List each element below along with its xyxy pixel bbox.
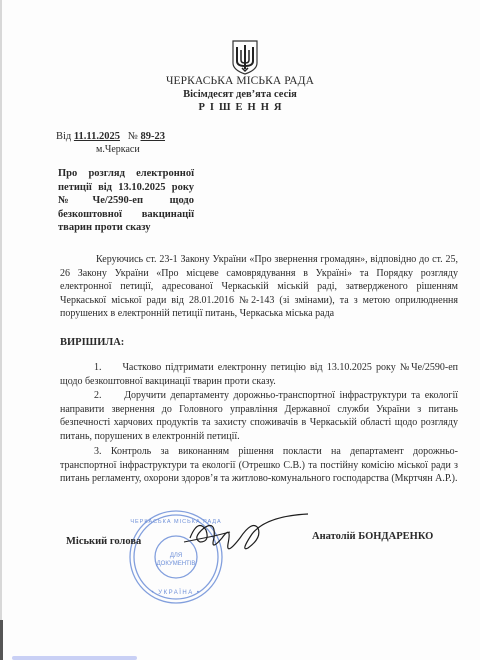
preamble-paragraph: Керуючись ст. 23-1 Закону України «Про з… [60, 253, 458, 321]
document-date: 11.11.2025 [74, 131, 120, 142]
subject-line: тварин проти сказу [58, 221, 194, 235]
svg-text:ДОКУМЕНТІВ: ДОКУМЕНТІВ [157, 561, 196, 567]
subject-line: №Че/2590-еп щодо [58, 195, 194, 206]
from-label: Від [56, 131, 71, 142]
resolution-item-2: 2. Доручити департаменту дорожньо-трансп… [60, 389, 458, 443]
document-type: РІШЕННЯ [0, 102, 480, 113]
document-page: ЧЕРКАСЬКА МІСЬКА РАДА Вісімдесят дев’ята… [0, 0, 480, 660]
handwritten-signature [170, 508, 310, 560]
signatory-name: Анатолій БОНДАРЕНКО [312, 531, 433, 542]
coat-of-arms-icon [231, 39, 259, 75]
item-number: 3. [94, 446, 102, 457]
signatory-position: Міський голова [66, 536, 141, 547]
subject-line: безкоштовної вакцинації [58, 209, 194, 220]
item-text: Частково підтримати електронну петицію в… [60, 362, 458, 387]
item-number: 1. [94, 362, 102, 373]
document-subject: Про розгляд електронної петиції від 13.1… [58, 167, 194, 235]
item-text: Доручити департаменту дорожньо-транспорт… [60, 390, 458, 442]
document-meta: Від 11.11.2025 № 89-23 [56, 131, 165, 142]
subject-line: Про розгляд електронної [58, 168, 194, 179]
item-number: 2. [94, 390, 102, 401]
session-title: Вісімдесят дев’ята сесія [0, 89, 480, 100]
resolved-label: ВИРІШИЛА: [60, 337, 124, 348]
resolution-item-3: 3. Контроль за виконанням рішення поклас… [60, 445, 458, 486]
subject-line: петиції від 13.10.2025 року [58, 182, 194, 193]
svg-text:• УКРАЇНА •: • УКРАЇНА • [152, 589, 201, 596]
organization-name: ЧЕРКАСЬКА МІСЬКА РАДА [0, 75, 480, 87]
city: м.Черкаси [96, 144, 140, 155]
scan-artifact [12, 656, 137, 660]
document-number: 89-23 [141, 131, 166, 142]
number-label: № [128, 131, 138, 142]
resolution-item-1: 1. Частково підтримати електронну петиці… [60, 361, 458, 388]
scan-edge-shadow [0, 620, 3, 660]
item-text: Контроль за виконанням рішення покласти … [60, 446, 458, 484]
